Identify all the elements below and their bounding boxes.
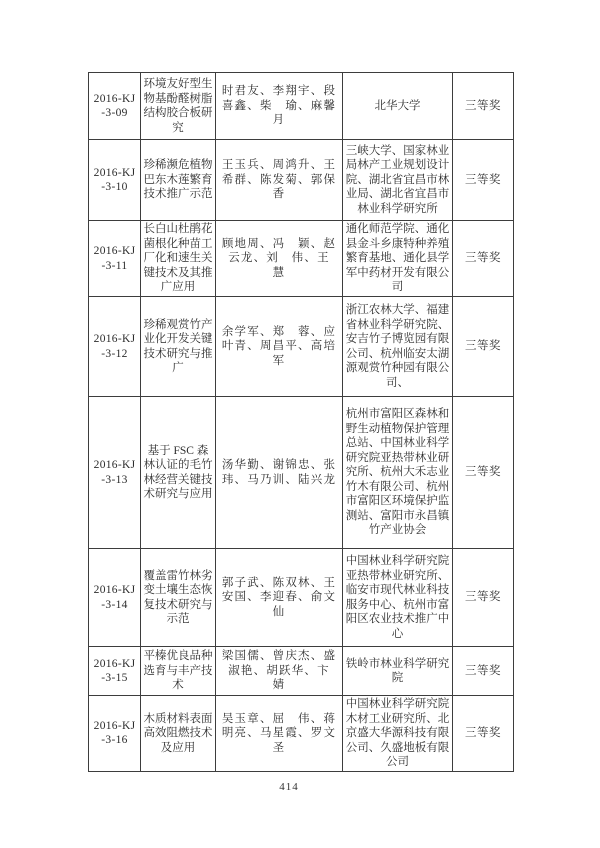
project-name-cell: 基于 FSC 森林认证的毛竹林经营关键技术研究与应用: [141, 397, 216, 549]
table-row: 2016-KJ -3-12 珍稀观赏竹产业化开发关键技术研究与推广 余学军、郑 …: [89, 297, 514, 397]
project-name-cell: 平榛优良品种选育与丰产技术: [141, 647, 216, 696]
award-id-cell: 2016-KJ -3-14: [89, 549, 141, 647]
award-level-cell: 三等奖: [453, 696, 514, 772]
award-level-cell: 三等奖: [453, 549, 514, 647]
table-row: 2016-KJ -3-11 长白山杜鹃花菌根化种苗工厂化和速生关键技术及其推广应…: [89, 221, 514, 297]
organizations-cell: 通化师范学院、通化县金斗乡康特种养殖繁育基地、通化县学军中药材开发有限公司: [343, 221, 453, 297]
table-row: 2016-KJ -3-10 珍稀濒危植物巴东木莲繁育技术推广示范 王玉兵、周鸿升…: [89, 140, 514, 221]
award-level-cell: 三等奖: [453, 73, 514, 140]
award-id-cell: 2016-KJ -3-15: [89, 647, 141, 696]
award-id-cell: 2016-KJ -3-09: [89, 73, 141, 140]
award-id-cell: 2016-KJ -3-11: [89, 221, 141, 297]
document-page: 2016-KJ -3-09 环境友好型生物基酚醛树脂结构胶合板研究 时君友、李翔…: [0, 0, 600, 848]
project-name-cell: 珍稀濒危植物巴东木莲繁育技术推广示范: [141, 140, 216, 221]
table-row: 2016-KJ -3-09 环境友好型生物基酚醛树脂结构胶合板研究 时君友、李翔…: [89, 73, 514, 140]
awardees-cell: 顾地周、冯 颖、赵云龙、刘 伟、王 慧: [216, 221, 343, 297]
award-level-cell: 三等奖: [453, 221, 514, 297]
awardees-cell: 汤华勤、谢锦忠、张玮、马乃训、陆兴龙: [216, 397, 343, 549]
table-row: 2016-KJ -3-14 覆盖雷竹林劣变土壤生态恢复技术研究与示范 郭子武、陈…: [89, 549, 514, 647]
organizations-cell: 杭州市富阳区森林和野生动植物保护管理总站、中国林业科学研究院亚热带林业研究所、杭…: [343, 397, 453, 549]
organizations-cell: 三峡大学、国家林业局林产工业规划设计院、湖北省宜昌市林业局、湖北省宜昌市林业科学…: [343, 140, 453, 221]
award-level-cell: 三等奖: [453, 397, 514, 549]
award-level-cell: 三等奖: [453, 140, 514, 221]
organizations-cell: 北华大学: [343, 73, 453, 140]
project-name-cell: 珍稀观赏竹产业化开发关键技术研究与推广: [141, 297, 216, 397]
organizations-cell: 浙江农林大学、福建省林业科学研究院、安吉竹子博览园有限公司、杭州临安太湖源观赏竹…: [343, 297, 453, 397]
award-id-cell: 2016-KJ -3-12: [89, 297, 141, 397]
awardees-cell: 郭子武、陈双林、王安国、李迎春、俞文仙: [216, 549, 343, 647]
project-name-cell: 覆盖雷竹林劣变土壤生态恢复技术研究与示范: [141, 549, 216, 647]
table-row: 2016-KJ -3-15 平榛优良品种选育与丰产技术 梁国儒、曾庆杰、盛淑艳、…: [89, 647, 514, 696]
organizations-cell: 铁岭市林业科学研究院: [343, 647, 453, 696]
award-level-cell: 三等奖: [453, 647, 514, 696]
award-id-cell: 2016-KJ -3-13: [89, 397, 141, 549]
organizations-cell: 中国林业科学研究院亚热带林业研究所、临安市现代林业科技服务中心、杭州市富阳区农业…: [343, 549, 453, 647]
award-id-cell: 2016-KJ -3-16: [89, 696, 141, 772]
awards-table: 2016-KJ -3-09 环境友好型生物基酚醛树脂结构胶合板研究 时君友、李翔…: [88, 72, 514, 772]
table-row: 2016-KJ -3-13 基于 FSC 森林认证的毛竹林经营关键技术研究与应用…: [89, 397, 514, 549]
award-id-cell: 2016-KJ -3-10: [89, 140, 141, 221]
page-number: 414: [0, 781, 578, 793]
project-name-cell: 木质材料表面高效阻燃技术及应用: [141, 696, 216, 772]
awardees-cell: 王玉兵、周鸿升、王希群、陈发菊、郭保香: [216, 140, 343, 221]
organizations-cell: 中国林业科学研究院木材工业研究所、北京盛大华源科技有限公司、久盛地板有限公司: [343, 696, 453, 772]
award-level-cell: 三等奖: [453, 297, 514, 397]
project-name-cell: 环境友好型生物基酚醛树脂结构胶合板研究: [141, 73, 216, 140]
awardees-cell: 时君友、李翔宇、段喜鑫、柴 瑜、麻馨月: [216, 73, 343, 140]
awardees-cell: 吴玉章、屈 伟、蒋明亮、马星霞、罗文圣: [216, 696, 343, 772]
project-name-cell: 长白山杜鹃花菌根化种苗工厂化和速生关键技术及其推广应用: [141, 221, 216, 297]
awardees-cell: 梁国儒、曾庆杰、盛淑艳、胡跃华、卞 婧: [216, 647, 343, 696]
awardees-cell: 余学军、郑 蓉、应叶青、周昌平、高培军: [216, 297, 343, 397]
table-row: 2016-KJ -3-16 木质材料表面高效阻燃技术及应用 吴玉章、屈 伟、蒋明…: [89, 696, 514, 772]
